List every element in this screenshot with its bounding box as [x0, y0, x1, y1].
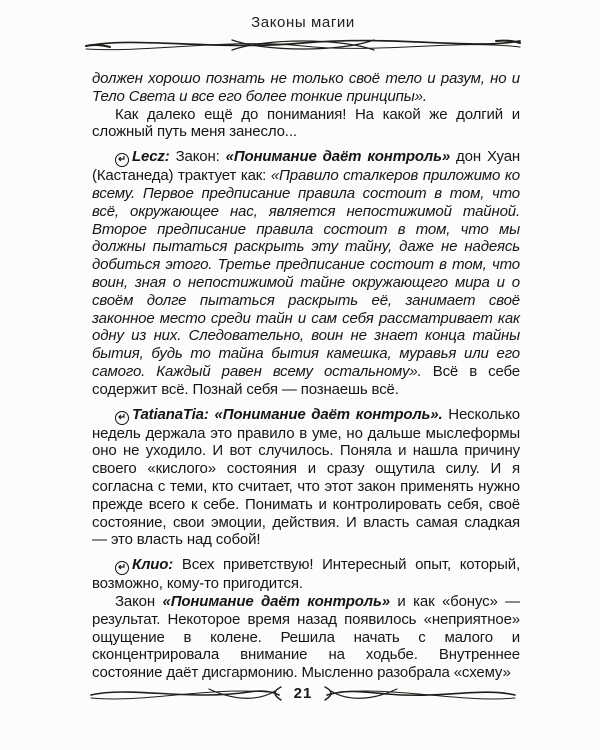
footer-ornament-right: [321, 683, 517, 703]
paragraph: Закон «Понимание даёт контроль» и как «б…: [92, 593, 520, 682]
text-run: Lecz:: [132, 148, 170, 165]
page-header: Законы магии: [84, 14, 522, 53]
page-number: 21: [292, 685, 315, 702]
reply-icon: ↵: [115, 561, 129, 575]
text-run: TatianaTia:: [132, 406, 209, 423]
page-body: должен хорошо познать не только своё тел…: [92, 70, 520, 682]
paragraph: Как далеко ещё до понимания! На какой же…: [92, 106, 520, 142]
text-run: Закон:: [170, 148, 226, 165]
reply-icon: ↵: [115, 153, 129, 167]
text-run: Закон: [115, 593, 163, 610]
forum-post-paragraph: ↵TatianaTia: «Понимание даёт контроль». …: [92, 406, 520, 550]
paragraph: должен хорошо познать не только своё тел…: [92, 70, 520, 106]
text-run: «Понимание даёт контроль».: [215, 406, 443, 423]
text-run: Клио:: [132, 556, 173, 573]
book-page: Законы магии должен хорошо познать не то…: [0, 0, 600, 750]
text-run: должен хорошо познать не только своё тел…: [92, 70, 520, 105]
text-run: «Понимание даёт контроль»: [163, 593, 390, 610]
forum-post-paragraph: ↵Lecz: Закон: «Понимание даёт контроль» …: [92, 148, 520, 398]
text-run: «Правило сталкеров приложимо ко всему. П…: [92, 167, 520, 380]
text-run: Как далеко ещё до понимания! На какой же…: [92, 106, 520, 141]
footer-ornament-left: [89, 683, 285, 703]
page-title: Законы магии: [84, 14, 522, 31]
text-run: «Понимание даёт контроль»: [226, 148, 450, 165]
header-ornament-flourish: [84, 33, 522, 53]
reply-icon: ↵: [115, 411, 129, 425]
text-run: Несколько недель держала это правило в у…: [92, 406, 520, 549]
forum-post-paragraph: ↵Клио: Всех приветствую! Интересный опыт…: [92, 556, 520, 593]
page-footer: 21: [78, 680, 528, 706]
